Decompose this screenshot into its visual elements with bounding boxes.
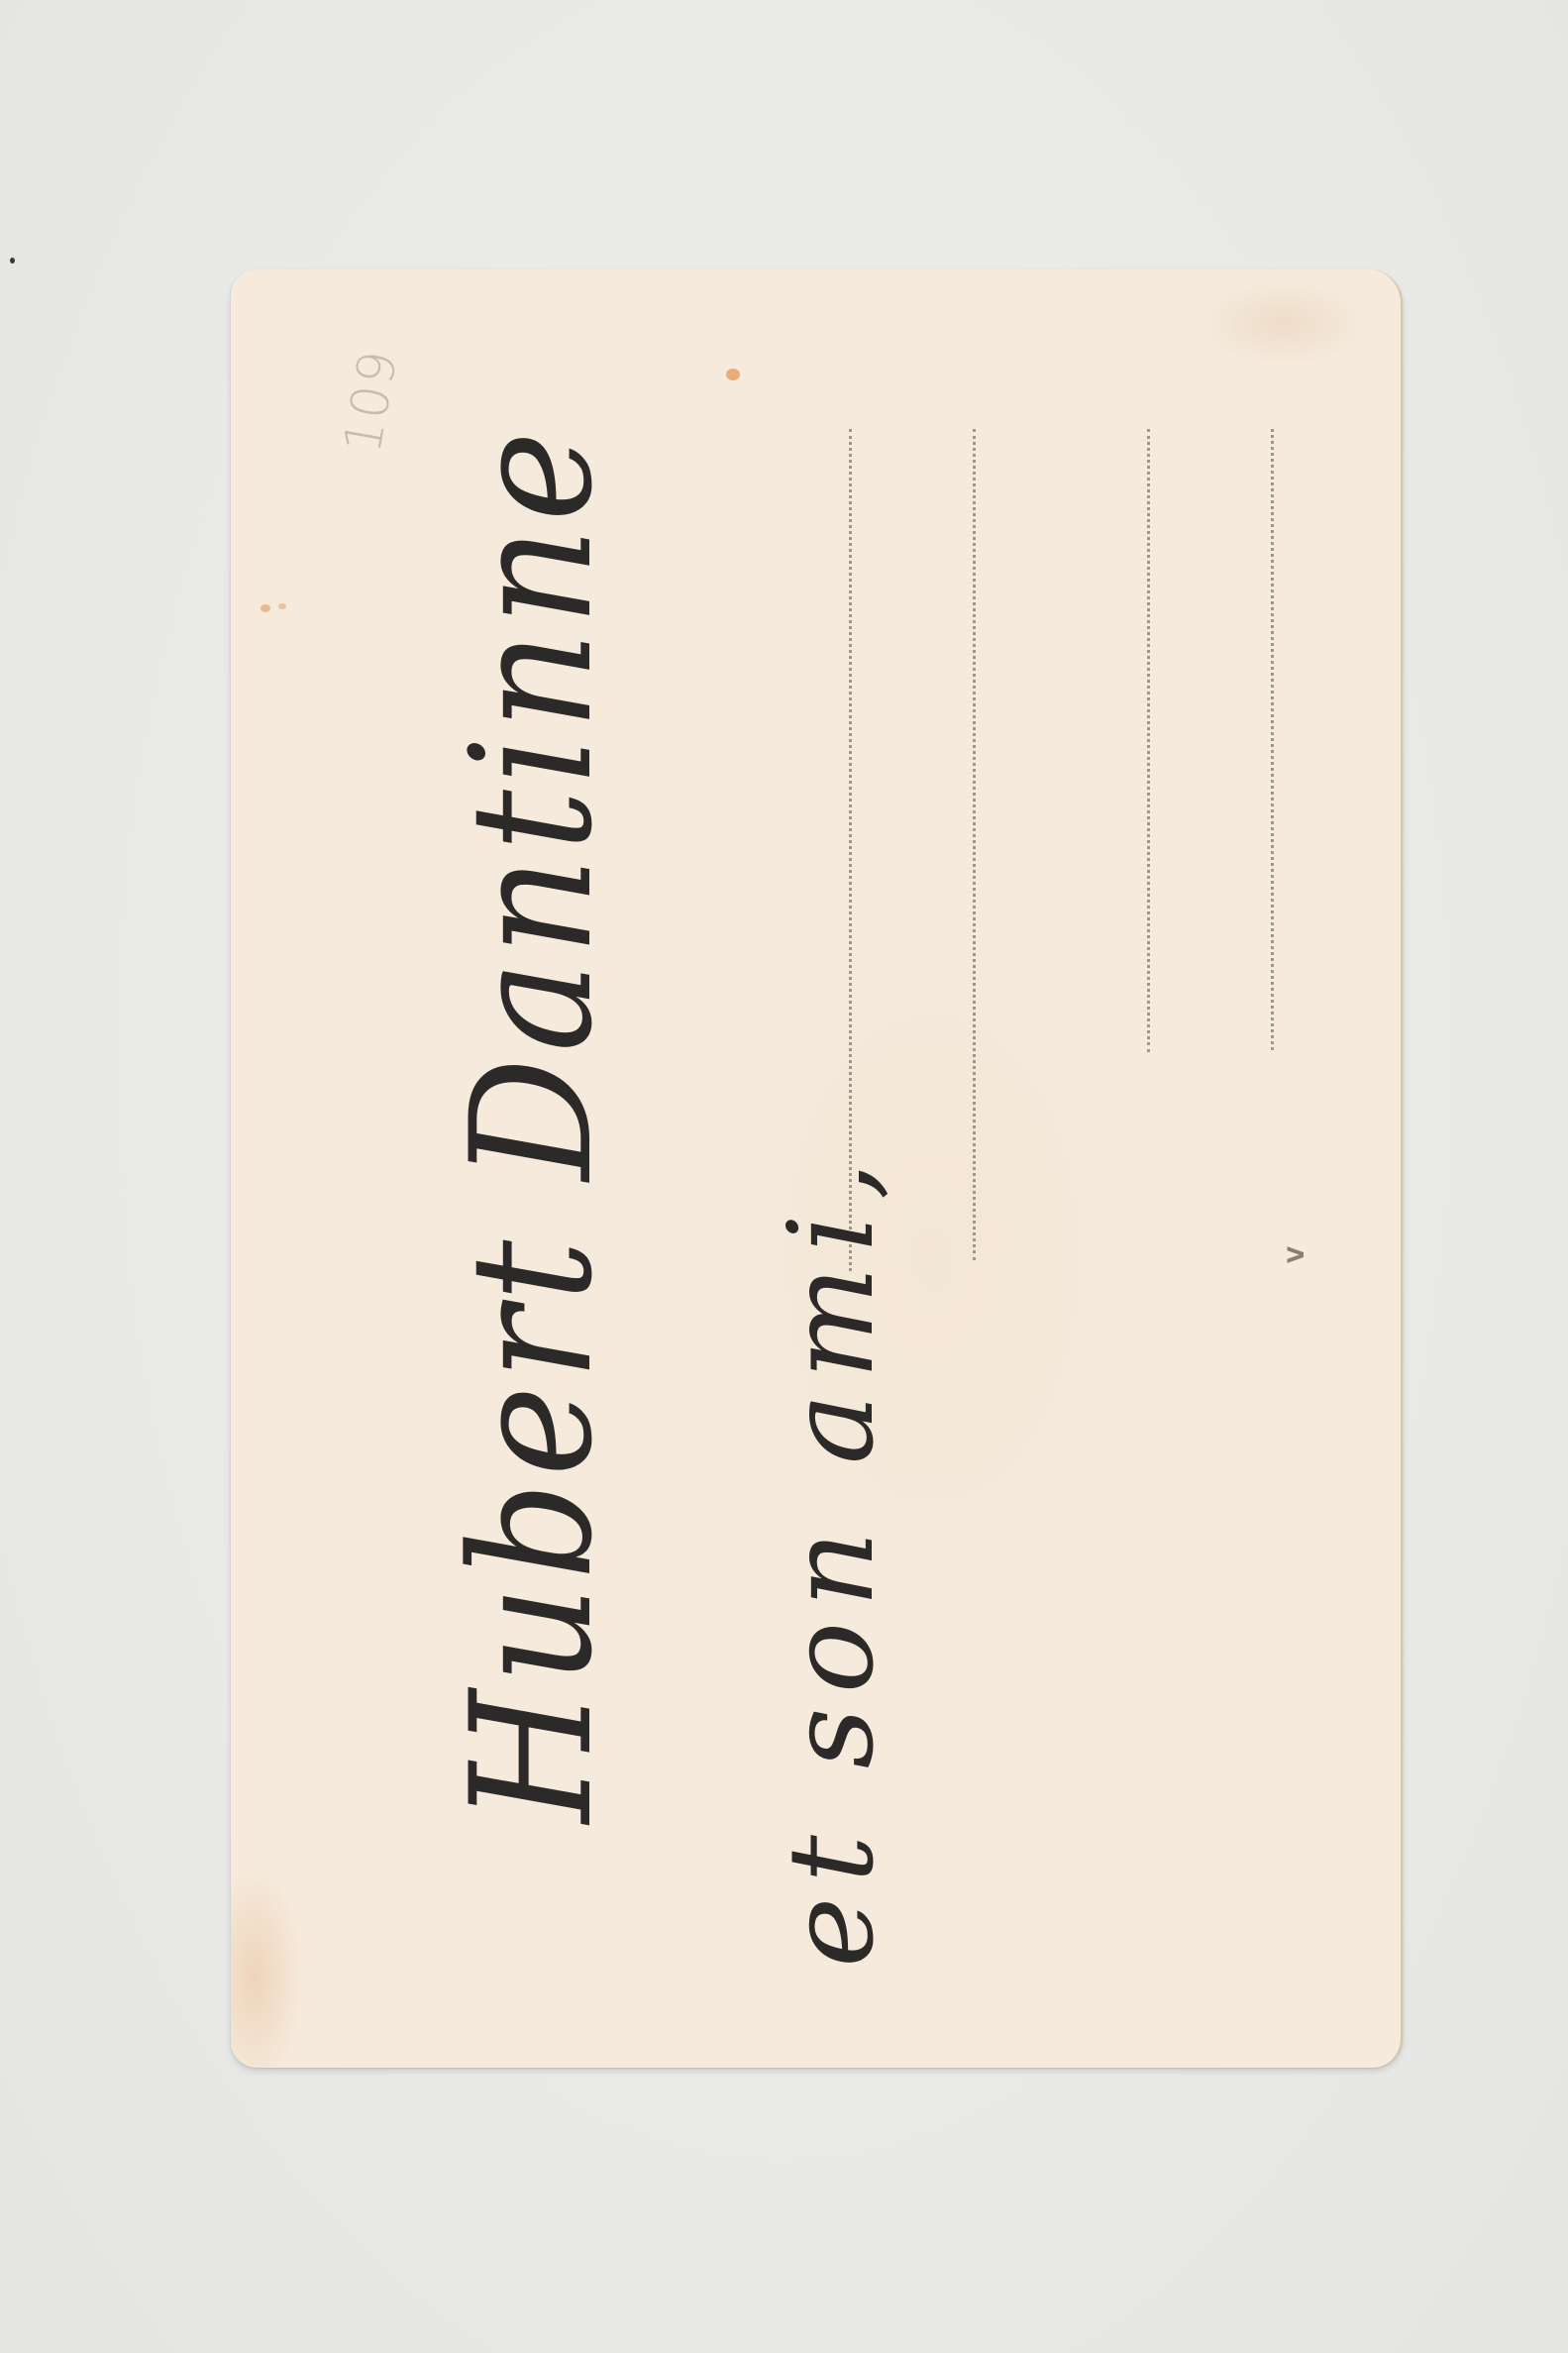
stain-spot-top xyxy=(726,369,740,380)
address-line-3 xyxy=(1147,429,1150,1052)
handwriting-line-name: Hubert Dantinne xyxy=(435,426,629,1823)
dust-speck xyxy=(10,258,15,264)
handwriting-line-companion: et son ami, xyxy=(763,1147,899,1968)
address-line-2 xyxy=(973,429,976,1260)
postcard: 109 Hubert Dantinne et son ami, V xyxy=(231,269,1403,2068)
address-line-4 xyxy=(1271,429,1274,1050)
stain-spot-left-2 xyxy=(278,603,286,609)
address-line-1 xyxy=(849,429,852,1271)
stain-spot-left xyxy=(261,604,270,612)
printed-mark: V xyxy=(1285,1246,1309,1263)
pencil-annotation: 109 xyxy=(293,359,450,443)
